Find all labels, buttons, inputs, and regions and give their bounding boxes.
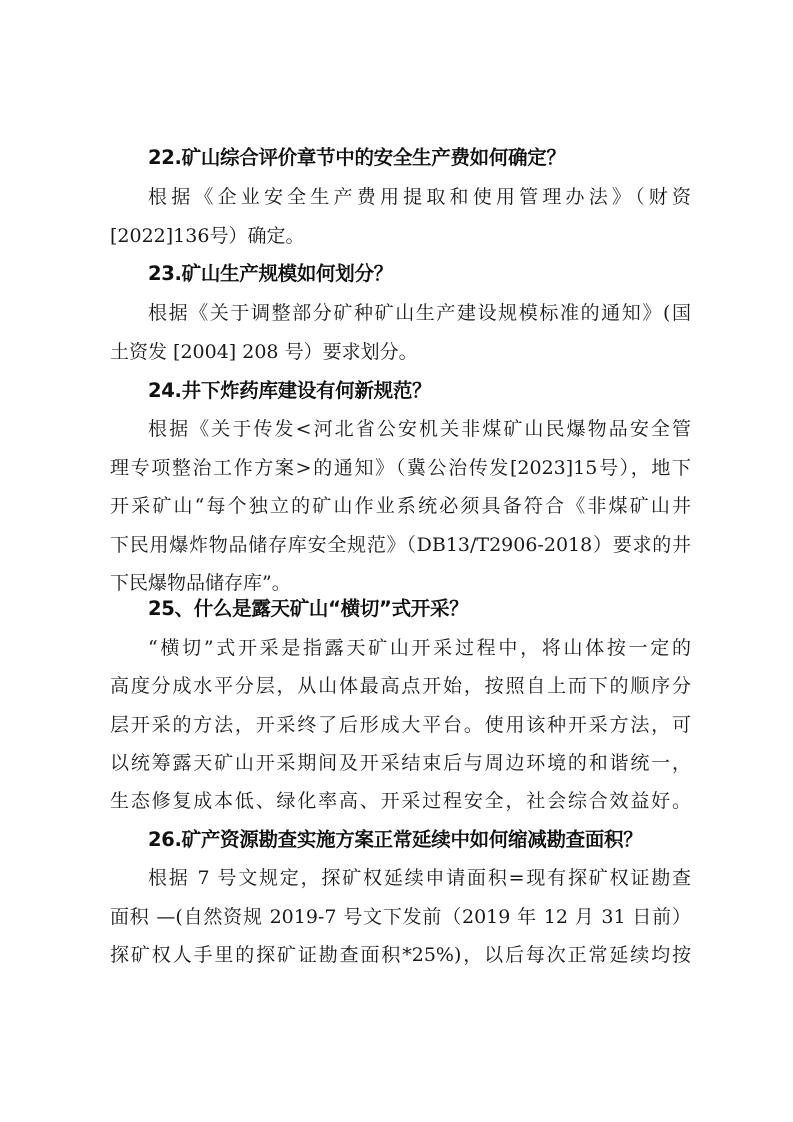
section-26-body-line-2: 面积 —(自然资规 2019-7 号文下发前（2019 年 12 月 31 日前… <box>110 898 691 936</box>
section-22-body-line-1: 根据《企业安全生产费用提取和使用管理办法》（财资 <box>148 178 691 216</box>
section-25-body-line-3: 层开采的方法，开采终了后形成大平台。使用该种开采方法，可 <box>110 706 691 744</box>
section-24-body-line-1: 根据《关于传发<河北省公安机关非煤矿山民爆物品安全管 <box>148 410 691 448</box>
document-page: 22.矿山综合评价章节中的安全生产费如何确定？ 根据《企业安全生产费用提取和使用… <box>0 0 793 1122</box>
section-23-body-line-1: 根据《关于调整部分矿种矿山生产建设规模标准的通知》(国 <box>148 294 691 332</box>
section-25-heading: 25、什么是露天矿山“横切”式开采？ <box>148 590 691 628</box>
section-26-heading: 26.矿产资源勘查实施方案正常延续中如何缩减勘查面积？ <box>148 821 691 859</box>
section-25-body-line-2: 高度分成水平分层，从山体最高点开始，按照自上而下的顺序分 <box>110 667 691 705</box>
section-22-heading: 22.矿山综合评价章节中的安全生产费如何确定？ <box>148 139 691 177</box>
section-26-body-line-1: 根据 7 号文规定，探矿权延续申请面积=现有探矿权证勘查 <box>148 859 691 897</box>
section-23-heading: 23.矿山生产规模如何划分？ <box>148 255 691 293</box>
section-24-body-line-2: 理专项整治工作方案>的通知》（冀公治传发[2023]15号），地下 <box>110 449 691 487</box>
section-25-body-line-5: 生态修复成本低、绿化率高、开采过程安全，社会综合效益好。 <box>110 782 691 820</box>
section-25-body-line-1: “横切”式开采是指露天矿山开采过程中，将山体按一定的 <box>148 629 691 667</box>
section-24-body-line-3: 开采矿山“每个独立的矿山作业系统必须具备符合《非煤矿山井 <box>110 487 691 525</box>
section-25-body-line-4: 以统筹露天矿山开采期间及开采结束后与周边环境的和谐统一， <box>110 744 691 782</box>
section-22-body-line-2: [2022]136号）确定。 <box>110 217 691 255</box>
section-24-heading: 24.井下炸药库建设有何新规范？ <box>148 372 691 410</box>
section-24-body-line-4: 下民用爆炸物品储存库安全规范》（DB13/T2906-2018）要求的井 <box>110 526 691 564</box>
section-26-body-line-3: 探矿权人手里的探矿证勘查面积*25%)，以后每次正常延续均按 <box>110 936 691 974</box>
section-23-body-line-2: 土资发 [2004] 208 号）要求划分。 <box>110 333 691 371</box>
